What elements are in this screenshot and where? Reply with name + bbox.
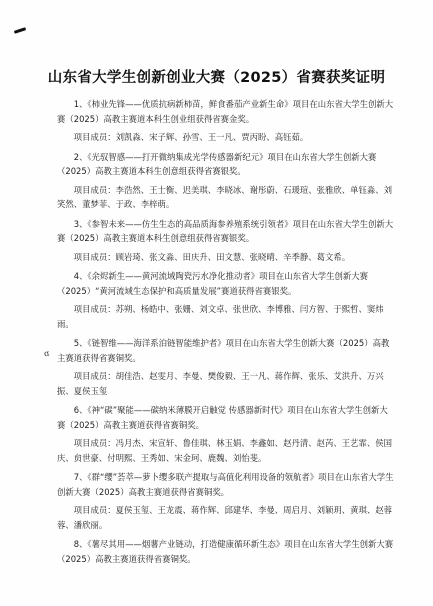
award-entry-1: 1、《柿业先锋——优质抗病新柿苗，鲜食番茄产业新生命》项目在山东省大学生创新大赛… [57,97,395,126]
margin-scribble: ɑ [43,349,50,359]
award-entry-7: 7、《群“缨”荟萃—萝卜缨多联产提取与高值化利用设备的领航者》项目在山东省大学生… [57,470,395,499]
award-members-6: 项目成员：冯月杰、宋宣轩、鲁佳琪、林玉娟、李鑫如、赵丹清、赵芮、王艺霏、侯国庆、… [57,436,395,465]
award-entry-6: 6、《神“碳”聚能——碳纳米薄膜开启触觉 传感器新时代》项目在山东省大学生创新大… [57,403,395,432]
scanned-document-page: ɑ 山东省大学生创新创业大赛（2025）省赛获奖证明 1、《柿业先锋——优质抗病… [0,0,433,606]
award-entry-4: 4、《余烬新生——黄河流域陶瓷污水净化推动者》项目在山东省大学生创新大赛（202… [57,269,395,298]
award-entry-3: 3、《参智未来——仿生生态的高品质海参养殖系统引领者》项目在山东省大学生创新大赛… [57,217,395,246]
award-members-7: 项目成员：夏侯玉玺、王龙震、蒋作辉、邱建华、李曼、周启月、刘颖玥、黄琪、赵蓉蓉、… [57,503,395,532]
award-members-5: 项目成员：胡佳浩、赵雯月、李曼、樊俊毅、王一凡、蒋作辉、张乐、艾洪升、万兴振、夏… [57,369,395,398]
award-entry-8: 8、《薯尽其用——烟薯产业链动，打造健康循环新生态》项目在山东省大学生创新大赛（… [57,537,395,566]
document-title: 山东省大学生创新创业大赛（2025）省赛获奖证明 [0,66,433,87]
award-members-4: 项目成员：苏朔、杨皓中、张姗、刘文卓、张世欣、李博雅、闫方智、于熙哲、窦炜雨。 [57,302,395,331]
document-body: 1、《柿业先锋——优质抗病新柿苗，鲜食番茄产业新生命》项目在山东省大学生创新大赛… [57,97,395,570]
award-entry-2: 2、《光驭智感——打开微纳集成光学传感器新纪元》项目在山东省大学生创新大赛（20… [57,150,395,179]
award-members-3: 项目成员：顾岩琦、张文淼、田庆升、田文慧、张晓晴、辛季静、葛文希。 [57,250,395,265]
award-members-2: 项目成员：李浩然、王士衡、迟美琪、李晓冰、谢彤蔚、石瑗瑄、张雅欣、单钰淼、刘笑然… [57,183,395,212]
pen-mark [14,27,26,34]
award-members-1: 项目成员：刘凯淼、宋子辉、孙雪、王一凡、贾丙盼、高钰茹。 [57,130,395,145]
award-entry-5: 5、《链智维——海洋系泊链智能维护者》项目在山东省大学生创新大赛（2025）高教… [57,336,395,365]
